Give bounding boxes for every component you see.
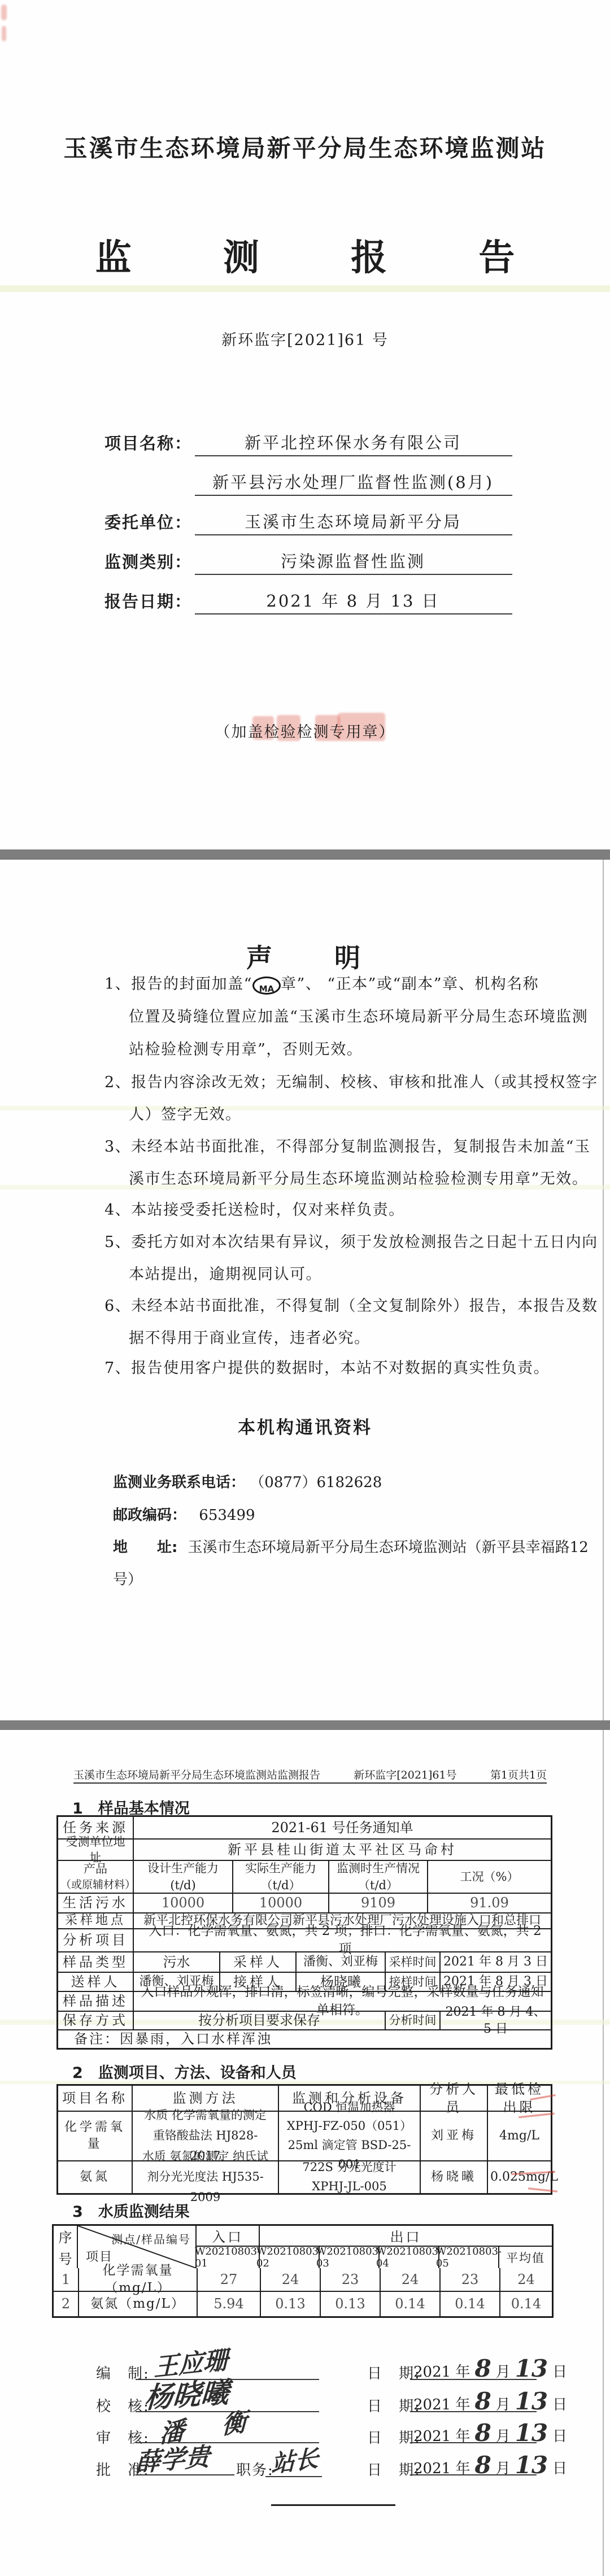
cell-value: COD 恒温加热器 XPHJ-FZ-050（051） 25ml 滴定管 BSD-… [278, 2112, 420, 2160]
row-value: 0.14 [499, 2292, 552, 2316]
statement-line: 位置及骑缝位置应加盖“玉溪市生态环境局新平分局生态环境监测 [129, 1004, 588, 1026]
field-underline [195, 613, 512, 614]
contact-zip-label: 邮政编码： [113, 1507, 186, 1524]
date-day-unit: 日 [552, 2393, 567, 2414]
org-title: 玉溪市生态环境局新平分局生态环境监测站 [0, 130, 610, 164]
cell-value: 91.09 [427, 1894, 551, 1912]
section2-title: 2 监测项目、方法、设备和人员 [72, 2060, 297, 2082]
data-page: 玉溪市生态环境局新平分局生态环境监测站监测报告 新环监字[2021]61号 第1… [0, 1730, 610, 2576]
page-edge-line [603, 860, 604, 1720]
scanned-monitoring-report: { "cover": { "org_title": "玉溪市生态环境局新平分局生… [0, 0, 610, 2576]
cell-header: 设计生产能力(t/d) [133, 1861, 232, 1893]
project-subname-value: 新平县污水处理厂监督性监测(8月) [195, 470, 511, 493]
cell-label: 保存方式 [58, 2012, 133, 2029]
cell-value: 化学需氧量 [58, 2112, 132, 2160]
equipment-line: 722S 分光光度计 [302, 2158, 396, 2177]
cell-note: 备注：因暴雨，入口水样浑浊 [58, 2030, 551, 2048]
report-title: 监 测 报 告 [0, 229, 610, 281]
table-row: 1 化学需氧量（mg/L） 27 24 23 24 23 24 [54, 2268, 552, 2291]
cma-mark-icon: MA [252, 977, 281, 995]
statement-line: 溪市生态环境局新平分局生态环境监测站检验检测专用章”无效。 [129, 1166, 588, 1188]
statement-line: 人）签字无效。 [129, 1102, 242, 1124]
cell-value: 刘亚梅 [420, 2112, 487, 2160]
diagonal-header-cell: 测点/样品编号 项目 [78, 2226, 197, 2268]
product-label-line2: （或原辅材料） [60, 1877, 130, 1893]
cell-label: 分析时间 [385, 2012, 439, 2029]
table-row: 保存方式 按分析项目要求保存 分析时间 2021 年 8 月 4、5 日 [58, 2011, 551, 2029]
contact-phone: 监测业务联系电话： （0877）6182628 [113, 1471, 382, 1492]
contact-address-value: 玉溪市生态环境局新平分局生态环境监测站（新平县幸福路12 [188, 1539, 589, 1556]
cell-header: 工况（%） [427, 1861, 551, 1893]
page-separator [0, 849, 610, 860]
product-label-line1: 产品 [60, 1860, 130, 1877]
cell-value: 按分析项目要求保存 [133, 2012, 385, 2029]
table-row: 氨氮 水质 氨氮的测定 纳氏试剂分光光度法 HJ535-2009 722S 分光… [58, 2160, 551, 2193]
statement-line: 6、未经本站书面批准，不得复制（全文复制除外）报告，本报告及数 [104, 1293, 598, 1315]
project-name-label: 项目名称： [104, 431, 192, 454]
seq-bottom: 号 [59, 2248, 72, 2268]
footer-line [271, 2504, 395, 2506]
sample-id-cell: W20210803-03 [320, 2247, 380, 2268]
row-no: 1 [54, 2268, 78, 2291]
table-row: 样品类型 污水 采样人 潘衡、刘亚梅 采样时间 2021 年 8 月 3 日 [58, 1951, 551, 1972]
statement-line-text: 章”、 “正本”或“副本”章、机构名称 [281, 975, 539, 993]
cell-label: 分析项目 [58, 1929, 133, 1951]
doc-number: 新环监字[2021]61 号 [0, 328, 610, 350]
cell-value: 氨氮 [58, 2161, 132, 2193]
cell-value: 0.025mg/L [487, 2161, 560, 2193]
date-label: 日 期: [367, 2395, 421, 2416]
scan-streak [0, 285, 610, 292]
statement-title: 声 明 [0, 938, 610, 975]
cell-value: 2021-61 号任务通知单 [133, 1817, 551, 1838]
outlet-header: 出口 [260, 2226, 552, 2247]
cover-page: 玉溪市生态环境局新平分局生态环境监测站 监 测 报 告 新环监字[2021]61… [0, 0, 610, 849]
statement-line: 站检验检测专用章”，否则无效。 [129, 1037, 363, 1059]
sample-id-cell: W20210803-04 [380, 2247, 439, 2268]
client-value: 玉溪市生态环境局新平分局 [195, 509, 511, 533]
cell-header: 项目名称 [58, 2086, 132, 2111]
row-value: 0.14 [439, 2292, 499, 2316]
date-month-hand: 8 [474, 2355, 491, 2382]
method-table: 项目名称 监测方法 监测和分析设备 分析人员 最低检出限 化学需氧量 水质 化学… [56, 2084, 552, 2195]
date-value: 2021 年 8 月 13 日 [413, 2355, 567, 2382]
statement-line: 本站提出，逾期视同认可。 [129, 1262, 322, 1284]
table-row: 备注：因暴雨，入口水样浑浊 [58, 2029, 551, 2048]
seq-header-cell: 序 号 [54, 2226, 78, 2268]
field-underline [195, 455, 512, 456]
statement-page: 声 明 1、报告的封面加盖“MA章”、 “正本”或“副本”章、机构名称 位置及骑… [0, 860, 610, 1720]
avg-header-cell: 平均值 [499, 2247, 552, 2268]
date-line [410, 2411, 537, 2412]
cell-label: 采样人 [219, 1952, 295, 1972]
row-value: 24 [260, 2268, 320, 2291]
table-row: 产品（或原辅材料） 设计生产能力(t/d) 实际生产能力（t/d） 监测时生产情… [58, 1860, 551, 1893]
cell-value: 9109 [328, 1894, 427, 1912]
duty-line [265, 2476, 322, 2477]
check-label: 校 核: [96, 2395, 150, 2416]
row-value: 0.13 [320, 2292, 380, 2316]
row-value: 5.94 [197, 2292, 260, 2316]
row-value: 23 [320, 2268, 380, 2291]
cell-value: 722S 分光光度计 XPHJ-JL-005 [278, 2161, 420, 2193]
row-value: 0.14 [380, 2292, 439, 2316]
seq-top: 序 [59, 2226, 72, 2246]
approve-signature: 薛学贵 [135, 2436, 211, 2479]
cell-label: 样品描述 [58, 1992, 133, 2011]
cell-label: 产品（或原辅材料） [58, 1861, 133, 1893]
equipment-line: XPHJ-JL-005 [302, 2177, 396, 2196]
table-row: 生活污水 10000 10000 9109 91.09 [58, 1893, 551, 1912]
sample-id-cell: W20210803-01 [197, 2247, 260, 2268]
row-value: 0.13 [260, 2292, 320, 2316]
diag-top-label: 测点/样品编号 [111, 2230, 191, 2247]
date-line [410, 2474, 537, 2475]
field-underline [195, 534, 512, 535]
sample-id-cell: W20210803-02 [260, 2247, 320, 2268]
cell-value: 新平县桂山街道太平社区马命村 [133, 1840, 551, 1860]
stamp-fragment [1, 5, 7, 20]
contact-phone-value: （0877）6182628 [250, 1474, 382, 1491]
cell-label: 送样人 [58, 1973, 133, 1991]
statement-line-text: 1、报告的封面加盖“ [104, 975, 252, 993]
report-date-value: 2021 年 8 月 13 日 [195, 589, 511, 612]
cell-value: 杨晓曦 [420, 2161, 487, 2193]
signature-line [136, 2474, 234, 2475]
cell-label: 受测单位地址 [58, 1840, 133, 1860]
contact-title: 本机构通讯资料 [0, 1413, 610, 1439]
page-separator [0, 1720, 610, 1731]
page-header-title: 玉溪市生态环境局新平分局生态环境监测站监测报告 [73, 1767, 320, 1782]
equipment-line: COD 恒温加热器 [281, 2098, 417, 2117]
client-label: 委托单位： [104, 510, 192, 533]
seal-note: （加盖检验检测专用章） [0, 720, 610, 742]
statement-line: 1、报告的封面加盖“MA章”、 “正本”或“副本”章、机构名称 [104, 971, 539, 995]
sample-info-table: 任务来源 2021-61 号任务通知单 受测单位地址 新平县桂山街道太平社区马命… [56, 1815, 552, 2050]
page-header: 玉溪市生态环境局新平分局生态环境监测站监测报告 新环监字[2021]61号 第1… [73, 1767, 547, 1784]
date-year: 2021 年 [413, 2360, 470, 2381]
cma-mark-text: MA [259, 984, 274, 994]
cell-label: 生活污水 [58, 1894, 133, 1912]
row-item: 化学需氧量（mg/L） [78, 2268, 197, 2291]
cell-value: 2021 年 8 月 4、5 日 [439, 2012, 551, 2029]
page-header-docnum: 新环监字[2021]61号 [354, 1767, 456, 1782]
contact-address: 地 址: 玉溪市生态环境局新平分局生态环境监测站（新平县幸福路12 [113, 1536, 589, 1557]
table-row: 任务来源 2021-61 号任务通知单 [58, 1817, 551, 1838]
contact-zip-value: 653499 [199, 1507, 255, 1524]
page-header-pagenum: 第1页共1页 [490, 1767, 547, 1782]
row-value: 24 [380, 2268, 439, 2291]
stamp-fragment [2, 26, 6, 41]
cell-value: 水质 氨氮的测定 纳氏试剂分光光度法 HJ535-2009 [132, 2161, 278, 2193]
statement-line: 2、报告内容涂改无效；无编制、校核、审核和批准人（或其授权签字 [104, 1070, 598, 1092]
statement-line: 4、本站接受委托送检时，仅对来样负责。 [104, 1197, 405, 1219]
row-value: 23 [439, 2268, 499, 2291]
sample-id-cell: W20210803-05 [439, 2247, 499, 2268]
cell-value: 潘衡、刘亚梅 [295, 1952, 385, 1972]
statement-line: 3、未经本站书面批准，不得部分复制监测报告，复制报告未加盖“玉 [104, 1134, 590, 1156]
cell-value: 4mg/L [487, 2112, 551, 2160]
cell-value: 入口：化学需氧量、氨氮，共 2 项；排口：化学需氧量、氨氮，共 2 项 [133, 1929, 551, 1951]
contact-address-label: 地 址: [113, 1539, 177, 1556]
field-underline [195, 495, 512, 496]
table-row: 分析项目 入口：化学需氧量、氨氮，共 2 项；排口：化学需氧量、氨氮，共 2 项 [58, 1928, 551, 1951]
diag-bottom-label: 项目 [86, 2247, 113, 2265]
cell-value: 10000 [232, 1894, 328, 1912]
contact-address-2: 号） [113, 1568, 142, 1589]
date-day-hand: 13 [515, 2355, 548, 2382]
cell-value: 10000 [133, 1894, 232, 1912]
cell-label: 采样地点 [58, 1914, 133, 1928]
table-row: 受测单位地址 新平县桂山街道太平社区马命村 [58, 1838, 551, 1860]
row-item: 氨氮（mg/L） [78, 2292, 197, 2316]
field-underline [195, 574, 512, 575]
row-value: 24 [499, 2268, 552, 2291]
project-name-value: 新平北控环保水务有限公司 [195, 430, 511, 454]
cell-header: 分析人员 [420, 2086, 487, 2111]
report-date-label: 报告日期： [104, 589, 192, 612]
duty-signature: 站长 [271, 2440, 319, 2480]
cell-label: 样品类型 [58, 1952, 133, 1972]
page-edge-line [603, 1730, 604, 2576]
date-label: 日 期: [367, 2426, 421, 2447]
category-value: 污染源监督性监测 [195, 549, 511, 572]
equipment-line: XPHJ-FZ-050（051） [281, 2117, 417, 2136]
section3-title: 3 水质监测结果 [72, 2199, 190, 2221]
cell-label: 采样时间 [385, 1952, 439, 1972]
row-value: 27 [197, 2268, 260, 2291]
row-no: 2 [54, 2292, 78, 2316]
scan-streak [0, 1106, 610, 1110]
result-table-header: 序 号 测点/样品编号 项目 入口 出口 W20210803-01 W20210… [54, 2226, 552, 2268]
table-row: 化学需氧量 水质 化学需氧量的测定 重铬酸盐法 HJ828-2017 COD 恒… [58, 2111, 551, 2160]
category-label: 监测类别： [104, 550, 192, 573]
date-day-unit: 日 [552, 2457, 567, 2478]
cell-header: 实际生产能力（t/d） [232, 1861, 328, 1893]
statement-line: 5、委托方如对本次结果有异议，须于发放检测报告之日起十五日内向 [104, 1230, 598, 1252]
contact-zip: 邮政编码： 653499 [113, 1503, 255, 1524]
cell-value: 污水 [133, 1952, 219, 1972]
inlet-header: 入口 [197, 2226, 260, 2247]
contact-phone-label: 监测业务联系电话： [113, 1474, 245, 1491]
date-day-unit: 日 [552, 2360, 567, 2381]
date-line [410, 2442, 537, 2443]
date-month-unit: 月 [496, 2360, 511, 2381]
result-table: 序 号 测点/样品编号 项目 入口 出口 W20210803-01 W20210… [52, 2224, 554, 2318]
cell-header: 监测时生产情况（t/d） [328, 1861, 427, 1893]
table-row: 2 氨氮（mg/L） 5.94 0.13 0.13 0.14 0.14 0.14 [54, 2291, 552, 2316]
date-line [410, 2379, 537, 2380]
statement-line: 7、报告使用客户提供的数据时，本站不对数据的真实性负责。 [104, 1355, 550, 1378]
statement-line: 据不得用于商业宣传，违者必究。 [129, 1326, 371, 1348]
cell-value: 2021 年 8 月 3 日 [439, 1952, 551, 1972]
date-day-unit: 日 [552, 2425, 567, 2446]
date-label: 日 期: [367, 2459, 421, 2479]
